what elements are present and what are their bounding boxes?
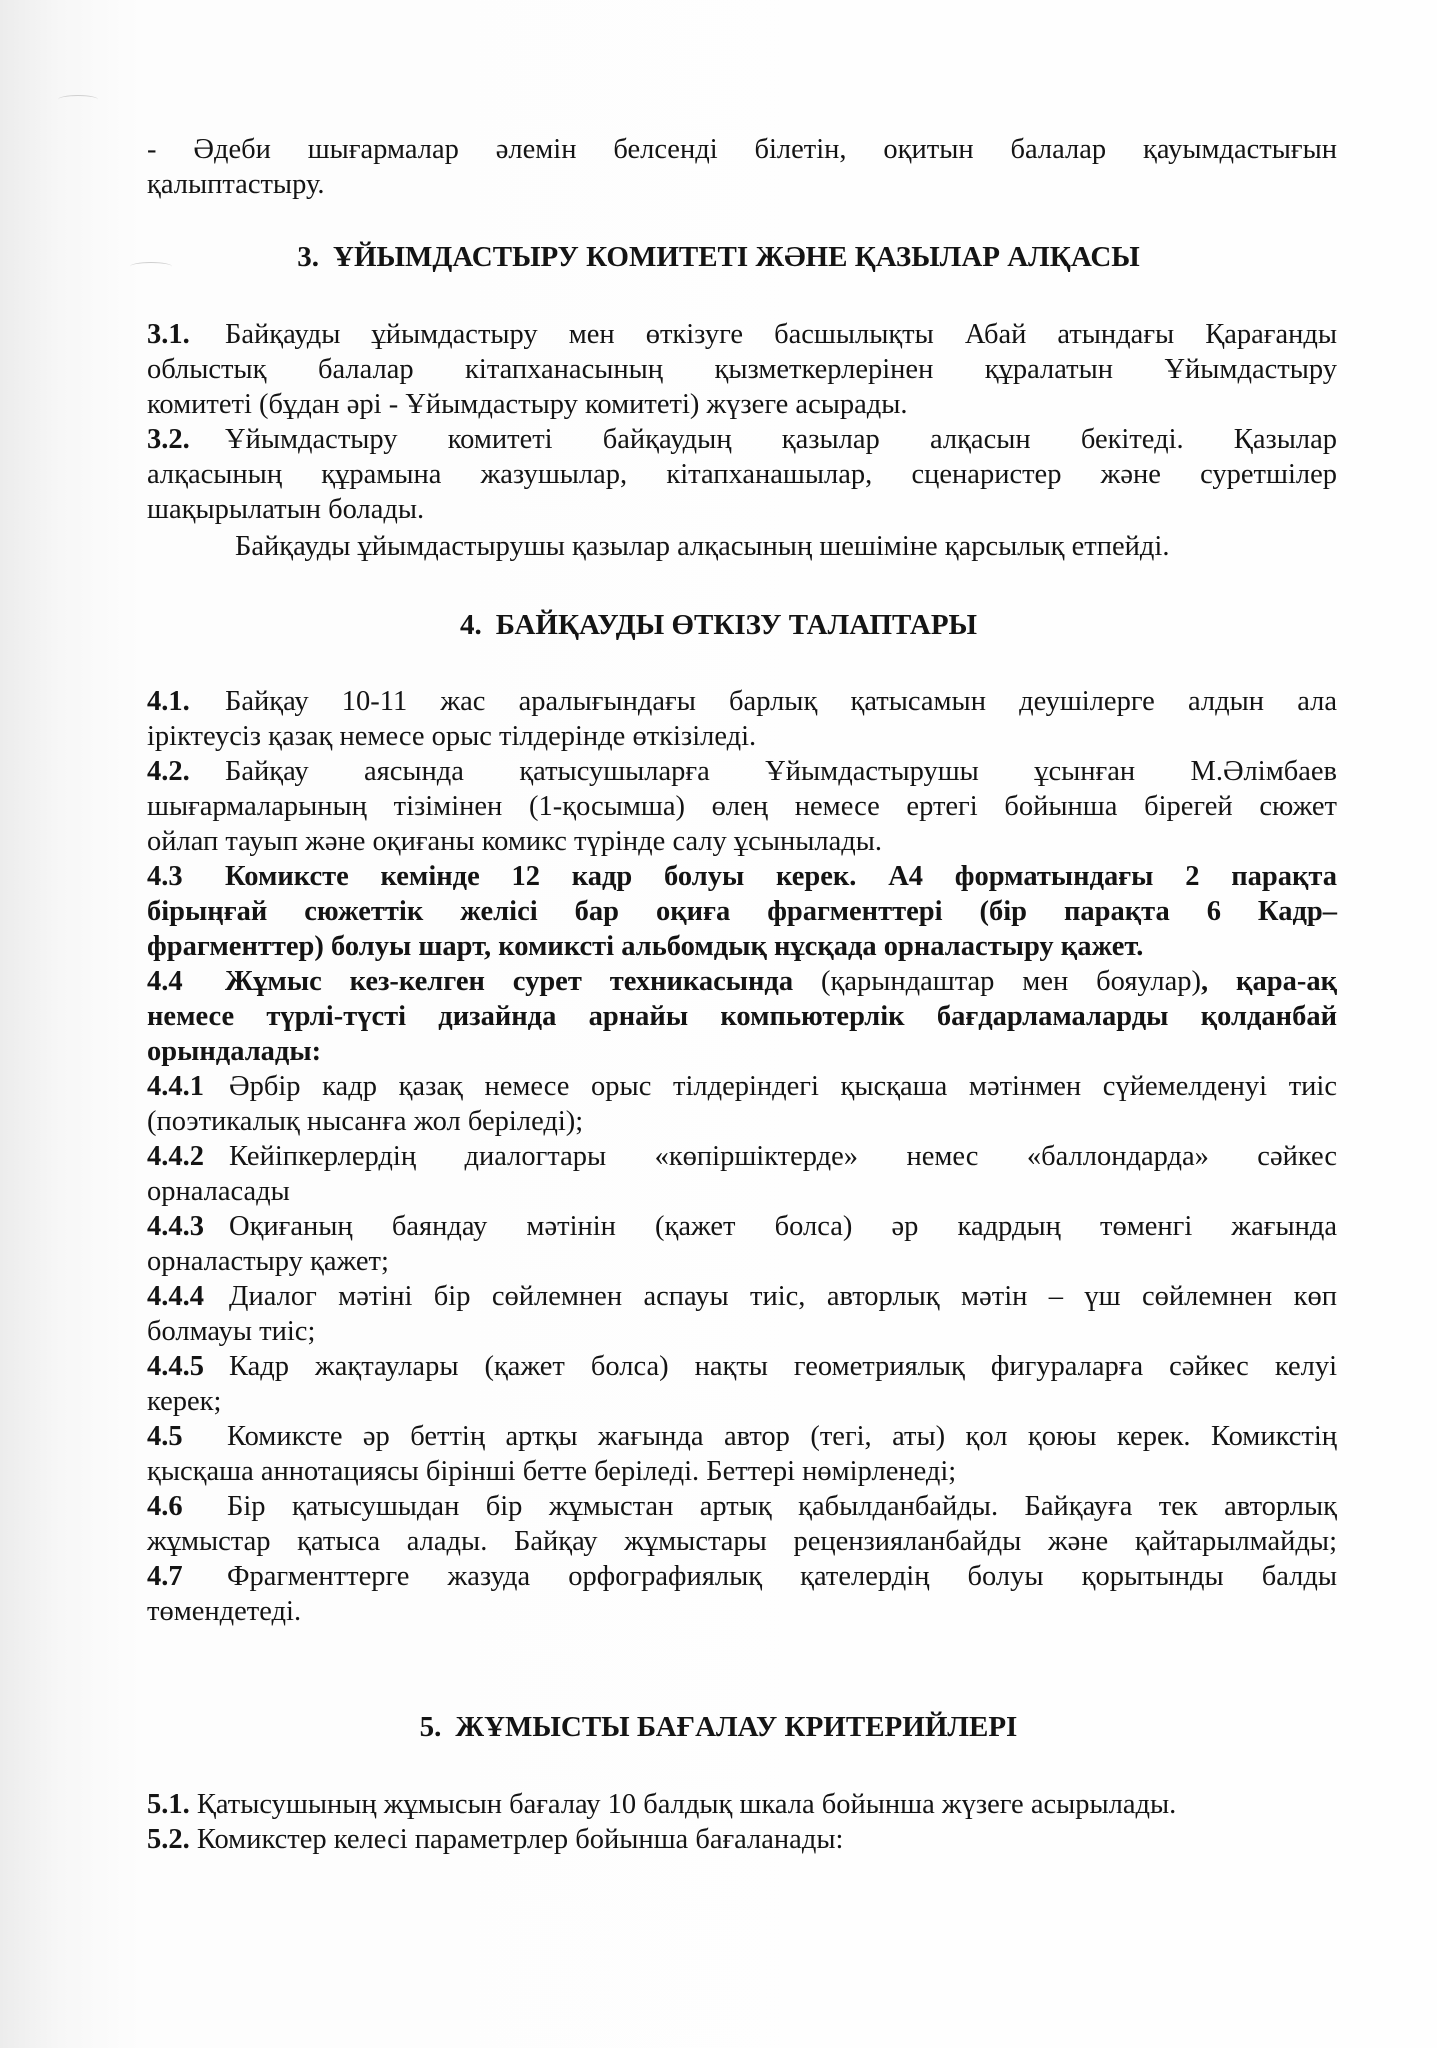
item-text: Комиксте әр беттің артқы жағында автор (… (227, 1421, 1337, 1452)
item-number: 4.5 (147, 1420, 227, 1454)
item-4-4-line-1: 4.4Жұмыс кез-келген сурет техникасында (… (147, 965, 1337, 999)
item-4-6-line-2: жұмыстар қатыса алады. Байқау жұмыстары … (147, 1525, 1337, 1559)
item-3-1-line-1: 3.1.Байқауды ұйымдастыру мен өткізуге ба… (147, 318, 1337, 352)
item-3-2-line-2: алқасының құрамына жазушылар, кітапханаш… (147, 458, 1337, 492)
item-text-bold: , қара-ақ (1201, 966, 1337, 997)
section-number: 4. (460, 609, 482, 641)
item-text: Байқау 10-11 жас аралығындағы барлық қат… (225, 686, 1337, 717)
section-4-heading: 4.БАЙҚАУДЫ ӨТКІЗУ ТАЛАПТАРЫ (0, 608, 1437, 642)
item-3-1-line-2: облыстық балалар кітапханасының қызметке… (147, 353, 1337, 387)
item-4-4-1-line-2: (поэтикалық нысанға жол беріледі); (147, 1105, 1337, 1139)
item-5-1: 5.1. Қатысушының жұмысын бағалау 10 балд… (147, 1788, 1337, 1822)
item-number: 4.7 (147, 1560, 227, 1594)
item-4-4-4-line-2: болмауы тиіс; (147, 1315, 1337, 1349)
item-4-3-line-2: бірыңғай сюжеттік желісі бар оқиға фрагм… (147, 895, 1337, 929)
item-4-4-2-line-1: 4.4.2Кейіпкерлердің диалогтары «көпіршік… (147, 1140, 1337, 1174)
item-4-2-line-1: 4.2.Байқау аясында қатысушыларға Ұйымдас… (147, 755, 1337, 789)
item-number: 4.2. (147, 755, 225, 789)
item-text: Кадр жақтаулары (қажет болса) нақты геом… (229, 1351, 1337, 1382)
section-number: 5. (420, 1711, 442, 1743)
item-text: Комиксте кемінде 12 кадр болуы керек. А4… (225, 861, 1337, 892)
item-4-6-line-1: 4.6Бір қатысушыдан бір жұмыстан артық қа… (147, 1490, 1337, 1524)
item-text: Комикстер келесі параметрлер бойынша бағ… (197, 1824, 844, 1855)
item-4-4-2-line-2: орналасады (147, 1175, 1337, 1209)
item-4-4-5-line-2: керек; (147, 1385, 1337, 1419)
item-text: Кейіпкерлердің диалогтары «көпіршіктерде… (229, 1141, 1337, 1172)
item-4-1-line-2: іріктеусіз қазақ немесе орыс тілдерінде … (147, 720, 1337, 754)
item-number: 5.1. (147, 1788, 190, 1822)
item-number: 4.4 (147, 965, 225, 999)
item-number: 4.4.2 (147, 1140, 229, 1174)
item-4-4-3-line-2: орналастыру қажет; (147, 1245, 1337, 1279)
item-4-4-3-line-1: 4.4.3Оқиғаның баяндау мәтінін (қажет бол… (147, 1210, 1337, 1244)
section-3-heading: 3.ҰЙЫМДАСТЫРУ КОМИТЕТІ ЖӘНЕ ҚАЗЫЛАР АЛҚА… (0, 240, 1437, 274)
item-4-5-line-2: қысқаша аннотациясы бірінші бетте беріле… (147, 1455, 1337, 1489)
section-3-closing: Байқауды ұйымдастырушы қазылар алқасының… (147, 530, 1425, 564)
item-number: 4.1. (147, 685, 225, 719)
scan-artifact (58, 95, 98, 104)
item-text: Әрбір кадр қазақ немесе орыс тілдеріндег… (229, 1071, 1337, 1102)
item-number: 4.4.1 (147, 1070, 229, 1104)
section-title: ҰЙЫМДАСТЫРУ КОМИТЕТІ ЖӘНЕ ҚАЗЫЛАР АЛҚАСЫ (333, 241, 1140, 273)
item-4-5-line-1: 4.5Комиксте әр беттің артқы жағында авто… (147, 1420, 1337, 1454)
item-4-2-line-3: ойлап тауып және оқиғаны комикс түрінде … (147, 825, 1337, 859)
item-4-4-5-line-1: 4.4.5Кадр жақтаулары (қажет болса) нақты… (147, 1350, 1337, 1384)
section-5-heading: 5.ЖҰМЫСТЫ БАҒАЛАУ КРИТЕРИЙЛЕРІ (0, 1710, 1437, 1744)
item-4-4-4-line-1: 4.4.4Диалог мәтіні бір сөйлемнен аспауы … (147, 1280, 1337, 1314)
item-4-3-line-3: фрагменттер) болуы шарт, комиксті альбом… (147, 930, 1337, 964)
intro-line-2: қалыптастыру. (147, 168, 1337, 202)
item-4-4-line-2: немесе түрлі-түсті дизайнда арнайы компь… (147, 1000, 1337, 1034)
item-number: 4.4.3 (147, 1210, 229, 1244)
item-3-2-line-3: шақырылатын болады. (147, 493, 1337, 527)
item-text: Ұйымдастыру комитеті байқаудың қазылар а… (225, 424, 1337, 455)
item-text: Фрагменттерге жазуда орфографиялық қател… (227, 1561, 1337, 1592)
item-5-2: 5.2. Комикстер келесі параметрлер бойынш… (147, 1823, 1337, 1857)
item-text: Байқауды ұйымдастыру мен өткізуге басшыл… (225, 319, 1337, 350)
item-number: 4.4.4 (147, 1280, 229, 1314)
item-text: (қарындаштар мен бояулар) (793, 966, 1201, 997)
item-4-4-1-line-1: 4.4.1Әрбір кадр қазақ немесе орыс тілдер… (147, 1070, 1337, 1104)
item-4-1-line-1: 4.1.Байқау 10-11 жас аралығындағы барлық… (147, 685, 1337, 719)
item-text: Оқиғаның баяндау мәтінін (қажет болса) ә… (229, 1211, 1337, 1242)
item-3-2-line-1: 3.2.Ұйымдастыру комитеті байқаудың қазыл… (147, 423, 1337, 457)
item-number: 3.2. (147, 423, 225, 457)
item-4-3-line-1: 4.3Комиксте кемінде 12 кадр болуы керек.… (147, 860, 1337, 894)
item-4-4-line-3: орындалады: (147, 1035, 1337, 1069)
item-4-7-line-1: 4.7Фрагменттерге жазуда орфографиялық қа… (147, 1560, 1337, 1594)
item-text: Бір қатысушыдан бір жұмыстан артық қабыл… (227, 1491, 1337, 1522)
item-number: 4.4.5 (147, 1350, 229, 1384)
intro-line-1: - Әдеби шығармалар әлемін белсенді білет… (147, 133, 1337, 167)
item-4-7-line-2: төмендетеді. (147, 1595, 1337, 1629)
item-text-bold: Жұмыс кез-келген сурет техникасында (225, 966, 793, 997)
section-number: 3. (297, 241, 319, 273)
item-text: Қатысушының жұмысын бағалау 10 балдық шк… (197, 1789, 1176, 1820)
section-title: БАЙҚАУДЫ ӨТКІЗУ ТАЛАПТАРЫ (496, 609, 977, 641)
item-text: Диалог мәтіні бір сөйлемнен аспауы тиіс,… (229, 1281, 1337, 1312)
item-3-1-line-3: комитеті (бұдан әрі - Ұйымдастыру комите… (147, 388, 1337, 422)
item-4-2-line-2: шығармаларының тізімінен (1-қосымша) өле… (147, 790, 1337, 824)
item-number: 3.1. (147, 318, 225, 352)
section-title: ЖҰМЫСТЫ БАҒАЛАУ КРИТЕРИЙЛЕРІ (455, 1711, 1017, 1743)
item-text: Байқау аясында қатысушыларға Ұйымдастыру… (225, 756, 1337, 787)
scanned-page: - Әдеби шығармалар әлемін белсенді білет… (0, 0, 1437, 2048)
item-number: 4.3 (147, 860, 225, 894)
item-number: 4.6 (147, 1490, 227, 1524)
item-number: 5.2. (147, 1823, 190, 1857)
